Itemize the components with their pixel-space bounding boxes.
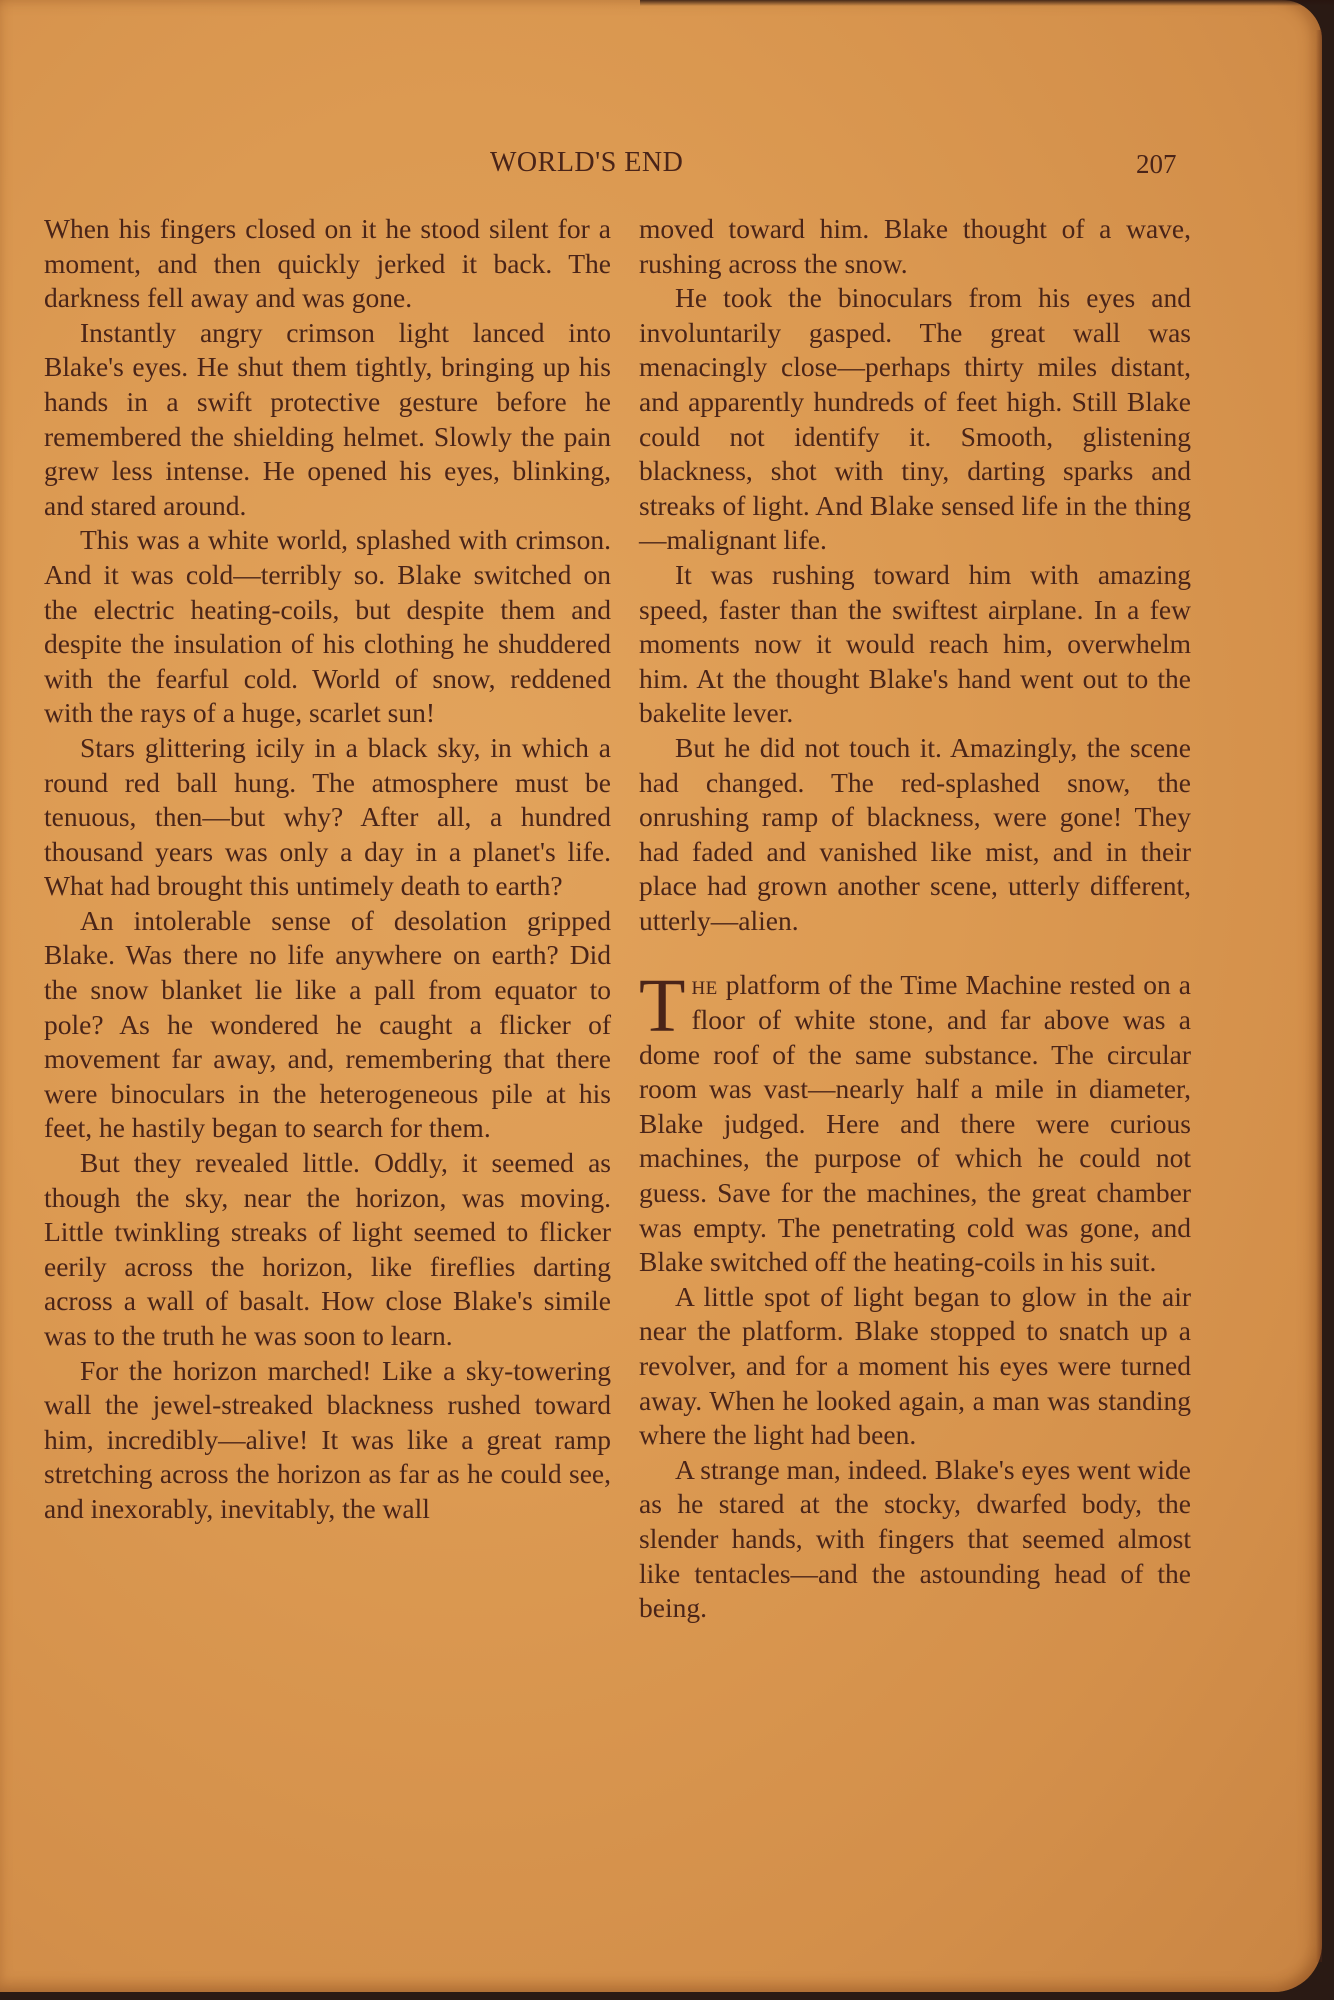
left-column: When his fingers closed on it he stood s… xyxy=(44,212,611,1527)
right-column: moved toward him. Blake thought of a wav… xyxy=(639,212,1191,1626)
paragraph: He took the binoculars from his eyes and… xyxy=(639,281,1191,558)
paragraph: A little spot of light began to glow in … xyxy=(639,1280,1191,1453)
paragraph: When his fingers closed on it he stood s… xyxy=(44,212,611,316)
paragraph: An intolerable sense of desolation gripp… xyxy=(44,904,611,1146)
paragraph: For the horizon marched! Like a sky-towe… xyxy=(44,1354,611,1527)
paragraph: moved toward him. Blake thought of a wav… xyxy=(639,212,1191,281)
running-head: WORLD'S END 207 xyxy=(0,147,1334,187)
paragraph: It was rushing toward him with amazing s… xyxy=(639,558,1191,731)
paragraph: But they revealed little. Oddly, it seem… xyxy=(44,1146,611,1354)
dropcap-paragraph: The platform of the Time Machine rested … xyxy=(639,968,1191,1279)
smallcaps-lead: he xyxy=(691,969,717,1000)
drop-cap: T xyxy=(639,976,685,1036)
paragraph: Instantly angry crimson light lanced int… xyxy=(44,316,611,524)
page-number: 207 xyxy=(1136,149,1177,180)
paragraph: But he did not touch it. Amazingly, the … xyxy=(639,731,1191,939)
running-title: WORLD'S END xyxy=(490,147,683,179)
binding-shadow xyxy=(640,0,1334,6)
paragraph: Stars glittering icily in a black sky, i… xyxy=(44,731,611,904)
book-page: WORLD'S END 207 When his fingers closed … xyxy=(0,0,1322,1992)
section-two: The platform of the Time Machine rested … xyxy=(639,968,1191,1625)
paragraph-text: platform of the Time Machine rested on a… xyxy=(639,969,1191,1277)
paragraph: A strange man, indeed. Blake's eyes went… xyxy=(639,1453,1191,1626)
paragraph: This was a white world, splashed with cr… xyxy=(44,523,611,731)
